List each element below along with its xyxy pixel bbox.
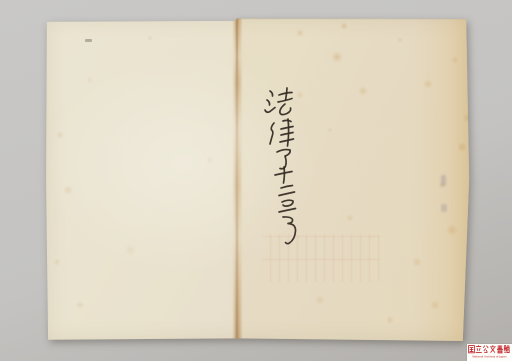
watermark-graphic: National Archives of Japan: [467, 344, 512, 361]
faint-print-mark: [85, 39, 92, 42]
fold-crease-line: [236, 18, 238, 341]
watermark-english-text: National Archives of Japan: [472, 355, 506, 359]
wm-char-kou: [483, 346, 488, 353]
char-4-juu: [275, 167, 292, 183]
photo-backdrop: 法律第十二号: [0, 0, 512, 361]
char-6-gou: [279, 200, 296, 243]
char-5-ni: [279, 186, 295, 196]
char-3-dai: [277, 150, 290, 169]
document-cover-sheet: 法律第十二号: [46, 18, 470, 341]
document-sheet-wrap: 法律第十二号: [46, 18, 470, 341]
wm-char-kan: [504, 345, 510, 352]
char-2-ritsu: [270, 119, 294, 146]
calligraphy-transcription: 法律第十二号: [46, 18, 47, 19]
wm-char-bun: [490, 345, 496, 352]
brush-calligraphy-law-number: [252, 78, 322, 248]
wm-char-koku: [469, 346, 475, 353]
ink-smudge: [441, 175, 446, 186]
archive-watermark: 国立公文書館: [467, 344, 512, 361]
wm-char-ritsu: [476, 345, 482, 352]
char-1-hou: [265, 88, 292, 115]
ink-smudge: [441, 204, 447, 212]
wm-char-sho: [497, 345, 503, 353]
